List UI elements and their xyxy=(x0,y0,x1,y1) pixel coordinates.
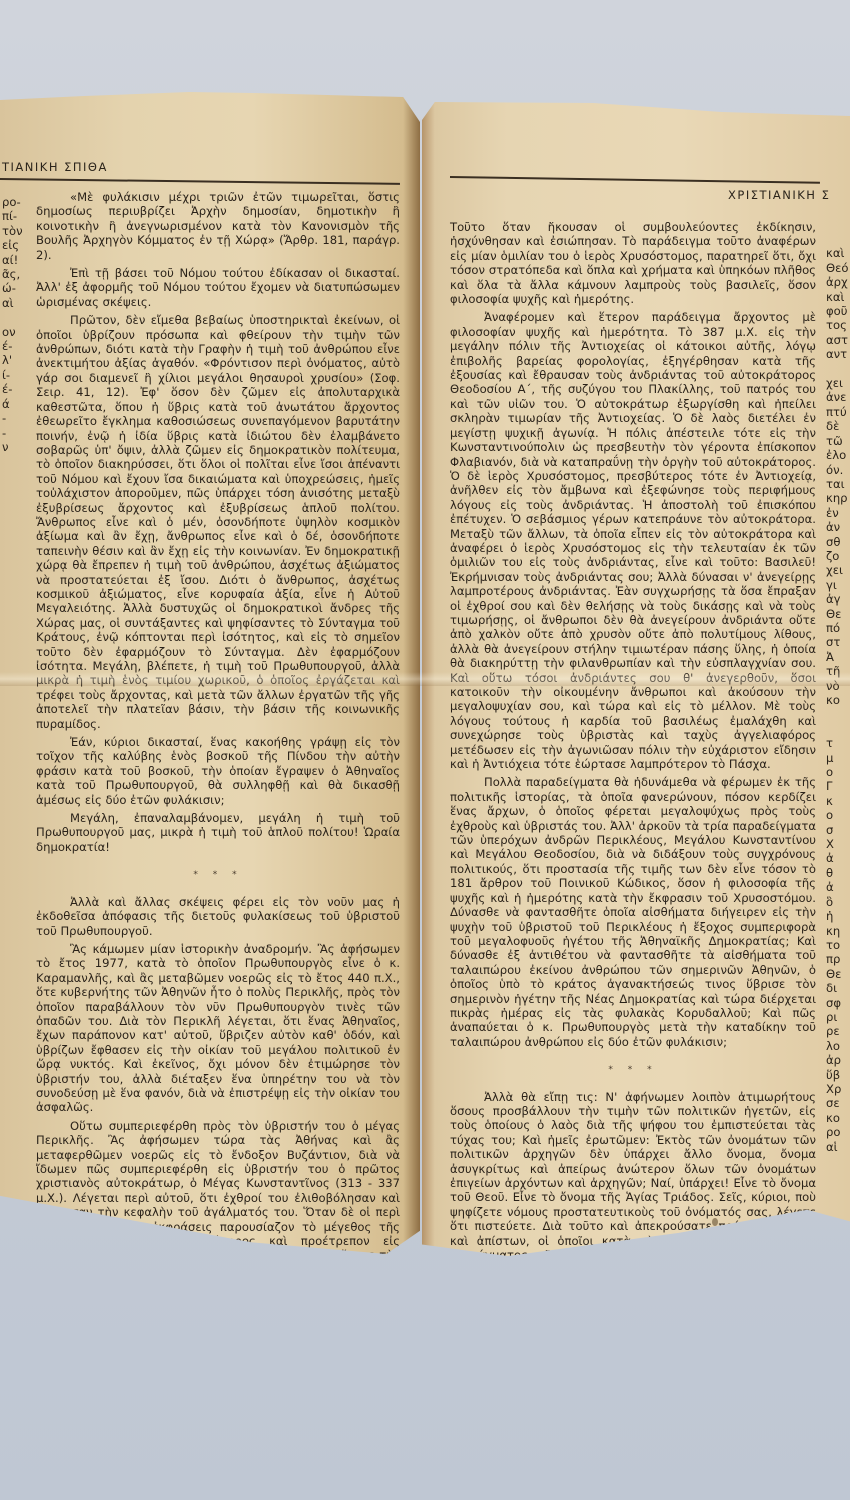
section-separator: * * * xyxy=(36,868,400,882)
paragraph: Ἂς κάμωμεν μίαν ἱστορικὴν ἀναδρομήν. Ἂς … xyxy=(36,942,400,1115)
paper-stain xyxy=(712,1218,718,1226)
paragraph: Ἐάν, κύριοι δικασταί, ἕνας κακοήθης γράψ… xyxy=(36,735,400,807)
right-page-header: ΧΡΙΣΤΙΑΝΙΚΗ Σ xyxy=(728,188,830,202)
paragraph: Ἐπὶ τῇ βάσει τοῦ Νόμου τούτου ἐδίκασαν ο… xyxy=(36,266,400,309)
left-margin-fragments: ρο- πί- τὸν εἰς αί! ᾶς, ώ- αὶ ον έ- λ' ί… xyxy=(2,195,30,570)
paragraph: Ἀλλὰ καὶ ἄλλας σκέψεις φέρει εἰς τὸν νοῦ… xyxy=(36,895,400,938)
right-header-rule xyxy=(450,176,820,184)
left-page: ΤΙΑΝΙΚΗ ΣΠΙΘΑ ρο- πί- τὸν εἰς αί! ᾶς, ώ-… xyxy=(0,92,420,1254)
right-margin-fragments: καὶ Θεό ἀρχ καὶ φοῦ τος αστ αντ χει ἀνε … xyxy=(826,232,850,1154)
paragraph: Ἀλλὰ θὰ εἴπῃ τις: Ν' ἀφήνωμεν λοιπὸν ἀτι… xyxy=(450,1090,816,1256)
paragraph: Τοῦτο ὅταν ἤκουσαν οἱ συμβουλεύοντες ἐκδ… xyxy=(450,220,816,306)
left-article-column: «Μὲ φυλάκισιν μέχρι τριῶν ἐτῶν τιμωρεῖτα… xyxy=(36,190,400,1254)
left-header-rule xyxy=(0,178,400,185)
paragraph: Ἀναφέρομεν καὶ ἕτερον παράδειγμα ἄρχοντο… xyxy=(450,310,816,771)
paragraph: Πρῶτον, δὲν εἴμεθα βεβαίως ὑποστηρικταὶ … xyxy=(36,313,400,731)
paragraph: «Μὲ φυλάκισιν μέχρι τριῶν ἐτῶν τιμωρεῖτα… xyxy=(36,190,400,262)
paragraph: Οὕτω συμπεριεφέρθη πρὸς τὸν ὑβριστήν του… xyxy=(36,1119,400,1254)
right-article-column: Τοῦτο ὅταν ἤκουσαν οἱ συμβουλεύοντες ἐκδ… xyxy=(450,220,816,1256)
section-separator: * * * xyxy=(450,1063,816,1077)
paragraph: Πολλὰ παραδείγματα θὰ ἠδυνάμεθα νὰ φέρωμ… xyxy=(450,775,816,1049)
right-page: ΧΡΙΣΤΙΑΝΙΚΗ Σ Τοῦτο ὅταν ἤκουσαν οἱ συμβ… xyxy=(422,100,850,1256)
left-page-header: ΤΙΑΝΙΚΗ ΣΠΙΘΑ xyxy=(2,160,108,174)
paragraph: Μεγάλη, ἐπαναλαμβάνομεν, μεγάλη ἡ τιμὴ τ… xyxy=(36,811,400,854)
